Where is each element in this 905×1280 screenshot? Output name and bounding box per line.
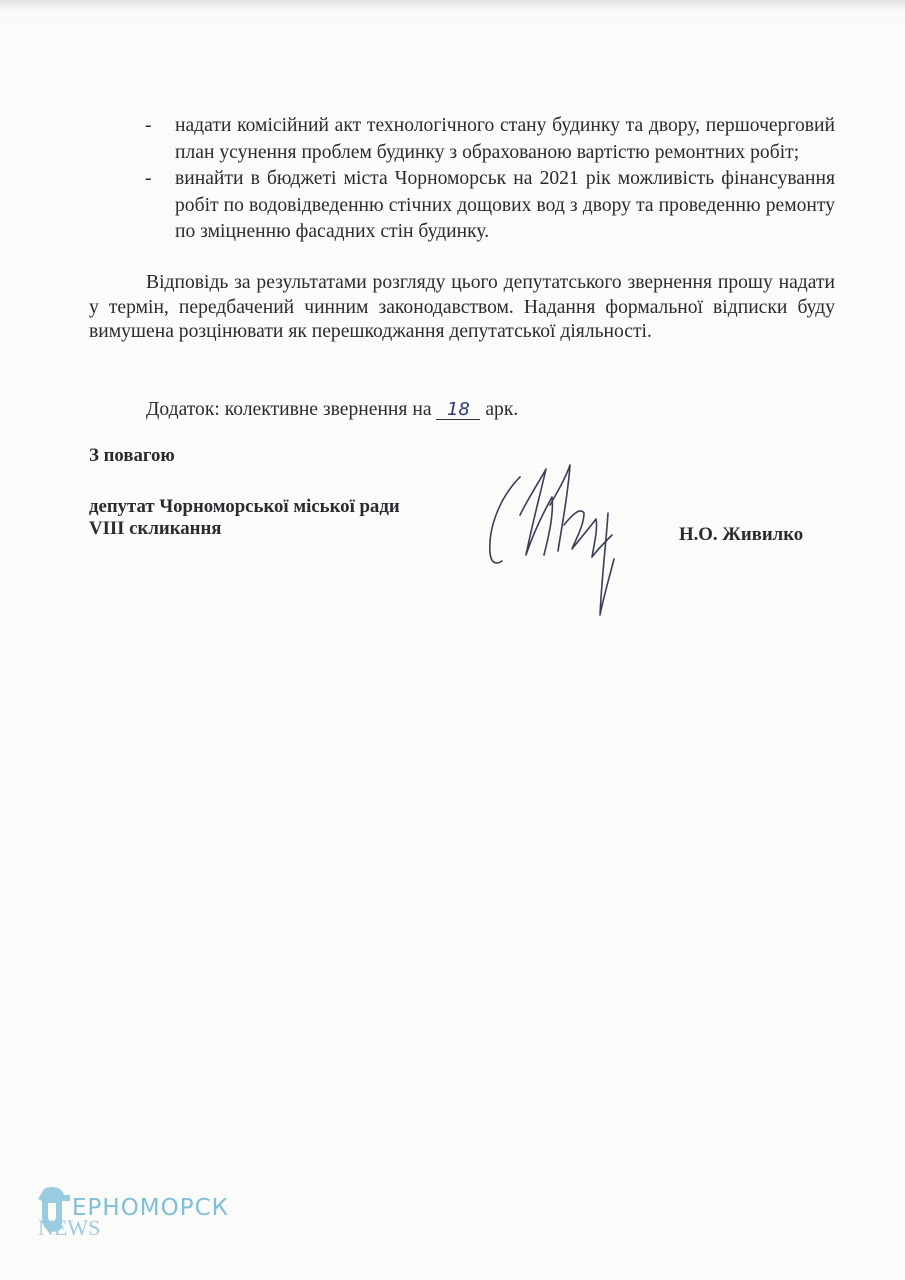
signer-convocation: VIII скликання [89, 518, 400, 540]
request-item-text: винайти в бюджеті міста Чорноморськ на 2… [175, 168, 835, 242]
news-watermark: ЕРНОМОРСК NEWS [34, 1185, 254, 1245]
closing-salutation: З повагою [89, 445, 175, 467]
signatory-name: Н.О. Живилко [679, 524, 803, 546]
response-paragraph: Відповідь за результатами розгляду цього… [89, 271, 835, 345]
request-item: - винайти в бюджеті міста Чорноморськ на… [145, 166, 835, 246]
handwritten-signature [480, 455, 650, 625]
request-item: - надати комісійний акт технологічного с… [145, 113, 835, 166]
attachment-line: Додаток: колективне звернення на 18 арк. [146, 398, 518, 422]
request-item-text: надати комісійний акт технологічного ста… [175, 115, 835, 163]
watermark-news-text: NEWS [38, 1215, 100, 1241]
attachment-prefix: Додаток: колективне звернення на [146, 399, 432, 420]
attachment-suffix: арк. [485, 399, 518, 420]
request-list: - надати комісійний акт технологічного с… [145, 113, 835, 246]
signer-position-line: депутат Чорноморської міської ради [89, 496, 400, 518]
dash-bullet: - [145, 113, 152, 140]
dash-bullet: - [145, 166, 152, 193]
attachment-sheet-count: 18 [436, 401, 480, 420]
document-page: - надати комісійний акт технологічного с… [0, 0, 905, 1280]
scan-edge-shadow [0, 0, 905, 10]
signer-position: депутат Чорноморської міської ради VIII … [89, 496, 400, 540]
